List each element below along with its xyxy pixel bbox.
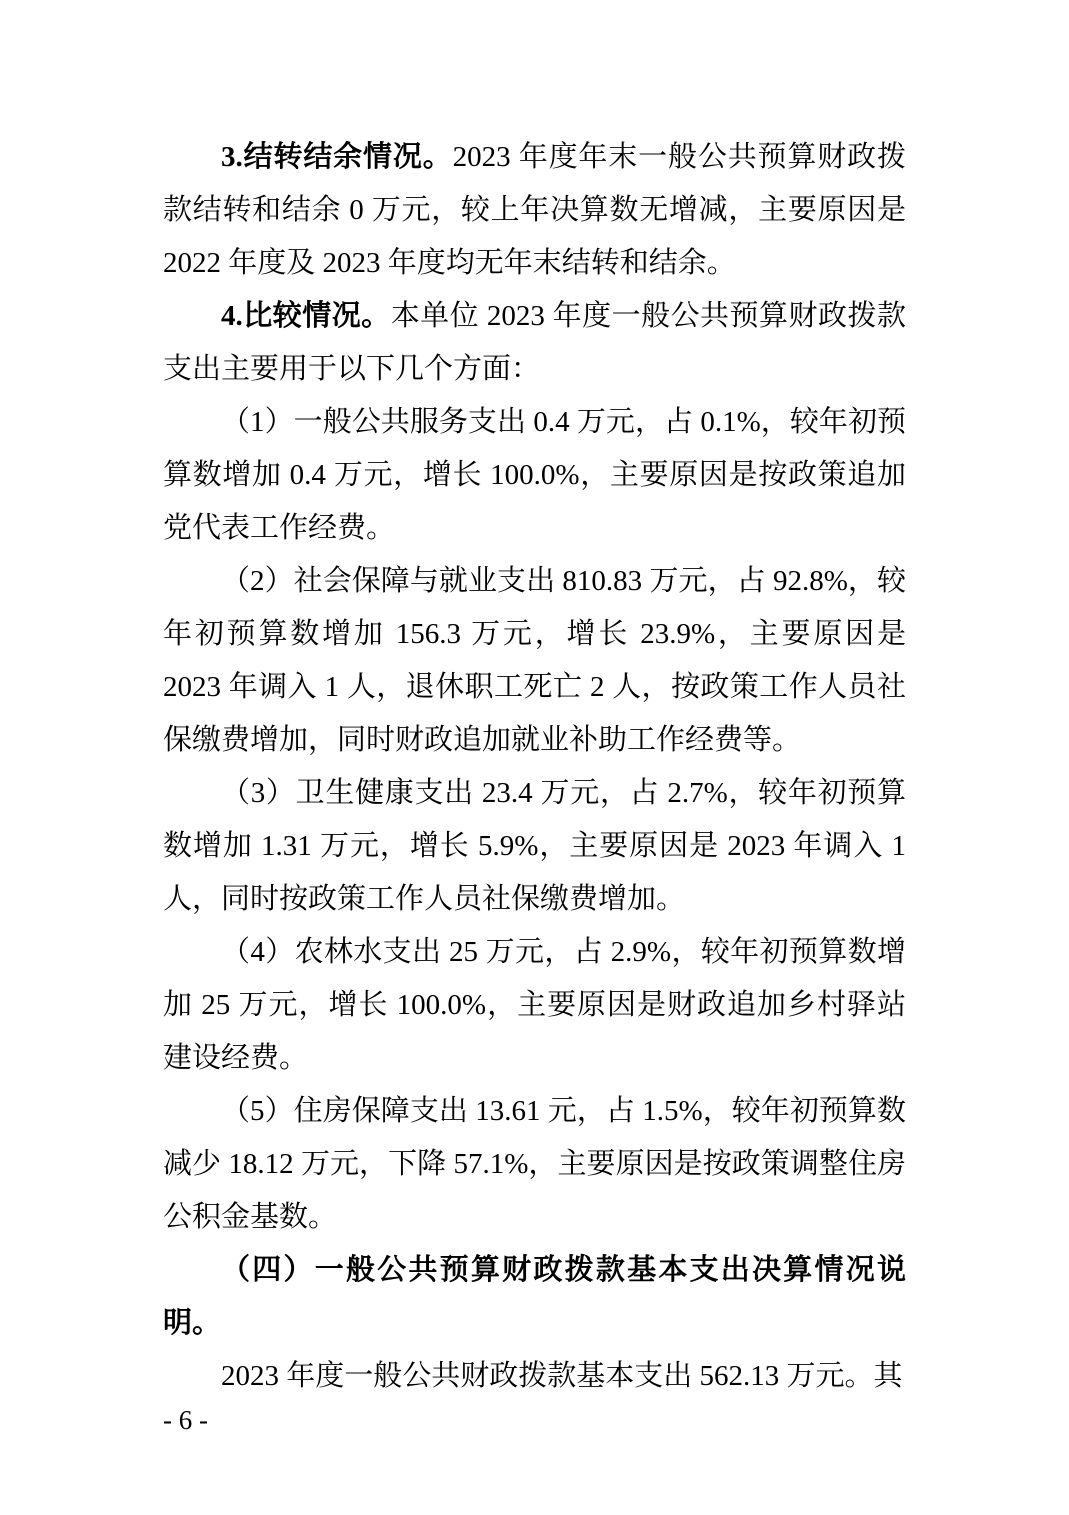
paragraph-carryover: 3.结转结余情况。2023 年度年末一般公共预算财政拨款结转和结余 0 万元，较… <box>163 131 906 290</box>
paragraph-item-2-text: （2）社会保障与就业支出 810.83 万元，占 92.8%，较年初预算数增加 … <box>163 565 906 756</box>
paragraph-item-2: （2）社会保障与就业支出 810.83 万元，占 92.8%，较年初预算数增加 … <box>163 555 906 767</box>
paragraph-section-4-heading-bold: （四）一般公共预算财政拨款基本支出决算情况说明。 <box>163 1254 906 1339</box>
paragraph-basic-expenditure-text: 2023 年度一般公共财政拨款基本支出 562.13 万元。其 <box>221 1360 903 1392</box>
paragraph-item-1: （1）一般公共服务支出 0.4 万元，占 0.1%，较年初预算数增加 0.4 万… <box>163 396 906 555</box>
paragraph-item-4-text: （4）农林水支出 25 万元，占 2.9%，较年初预算数增加 25 万元，增长 … <box>163 936 906 1074</box>
paragraph-item-5-text: （5）住房保障支出 13.61 元，占 1.5%，较年初预算数减少 18.12 … <box>163 1095 906 1233</box>
document-body: 3.结转结余情况。2023 年度年末一般公共预算财政拨款结转和结余 0 万元，较… <box>163 131 906 1403</box>
paragraph-carryover-heading: 3.结转结余情况。 <box>221 141 453 173</box>
page-footer: - 6 - <box>163 1404 208 1436</box>
paragraph-item-1-text: （1）一般公共服务支出 0.4 万元，占 0.1%，较年初预算数增加 0.4 万… <box>163 406 906 544</box>
paragraph-comparison-heading: 4.比较情况。 <box>221 300 391 332</box>
paragraph-comparison: 4.比较情况。本单位 2023 年度一般公共预算财政拨款支出主要用于以下几个方面… <box>163 290 906 396</box>
paragraph-basic-expenditure: 2023 年度一般公共财政拨款基本支出 562.13 万元。其 <box>163 1350 906 1403</box>
document-page: 3.结转结余情况。2023 年度年末一般公共预算财政拨款结转和结余 0 万元，较… <box>0 0 1069 1515</box>
paragraph-item-4: （4）农林水支出 25 万元，占 2.9%，较年初预算数增加 25 万元，增长 … <box>163 926 906 1085</box>
page-number: - 6 - <box>163 1405 208 1435</box>
paragraph-item-5: （5）住房保障支出 13.61 元，占 1.5%，较年初预算数减少 18.12 … <box>163 1085 906 1244</box>
paragraph-section-4-heading: （四）一般公共预算财政拨款基本支出决算情况说明。 <box>163 1244 906 1350</box>
paragraph-item-3: （3）卫生健康支出 23.4 万元，占 2.7%，较年初预算数增加 1.31 万… <box>163 767 906 926</box>
paragraph-item-3-text: （3）卫生健康支出 23.4 万元，占 2.7%，较年初预算数增加 1.31 万… <box>163 777 906 915</box>
